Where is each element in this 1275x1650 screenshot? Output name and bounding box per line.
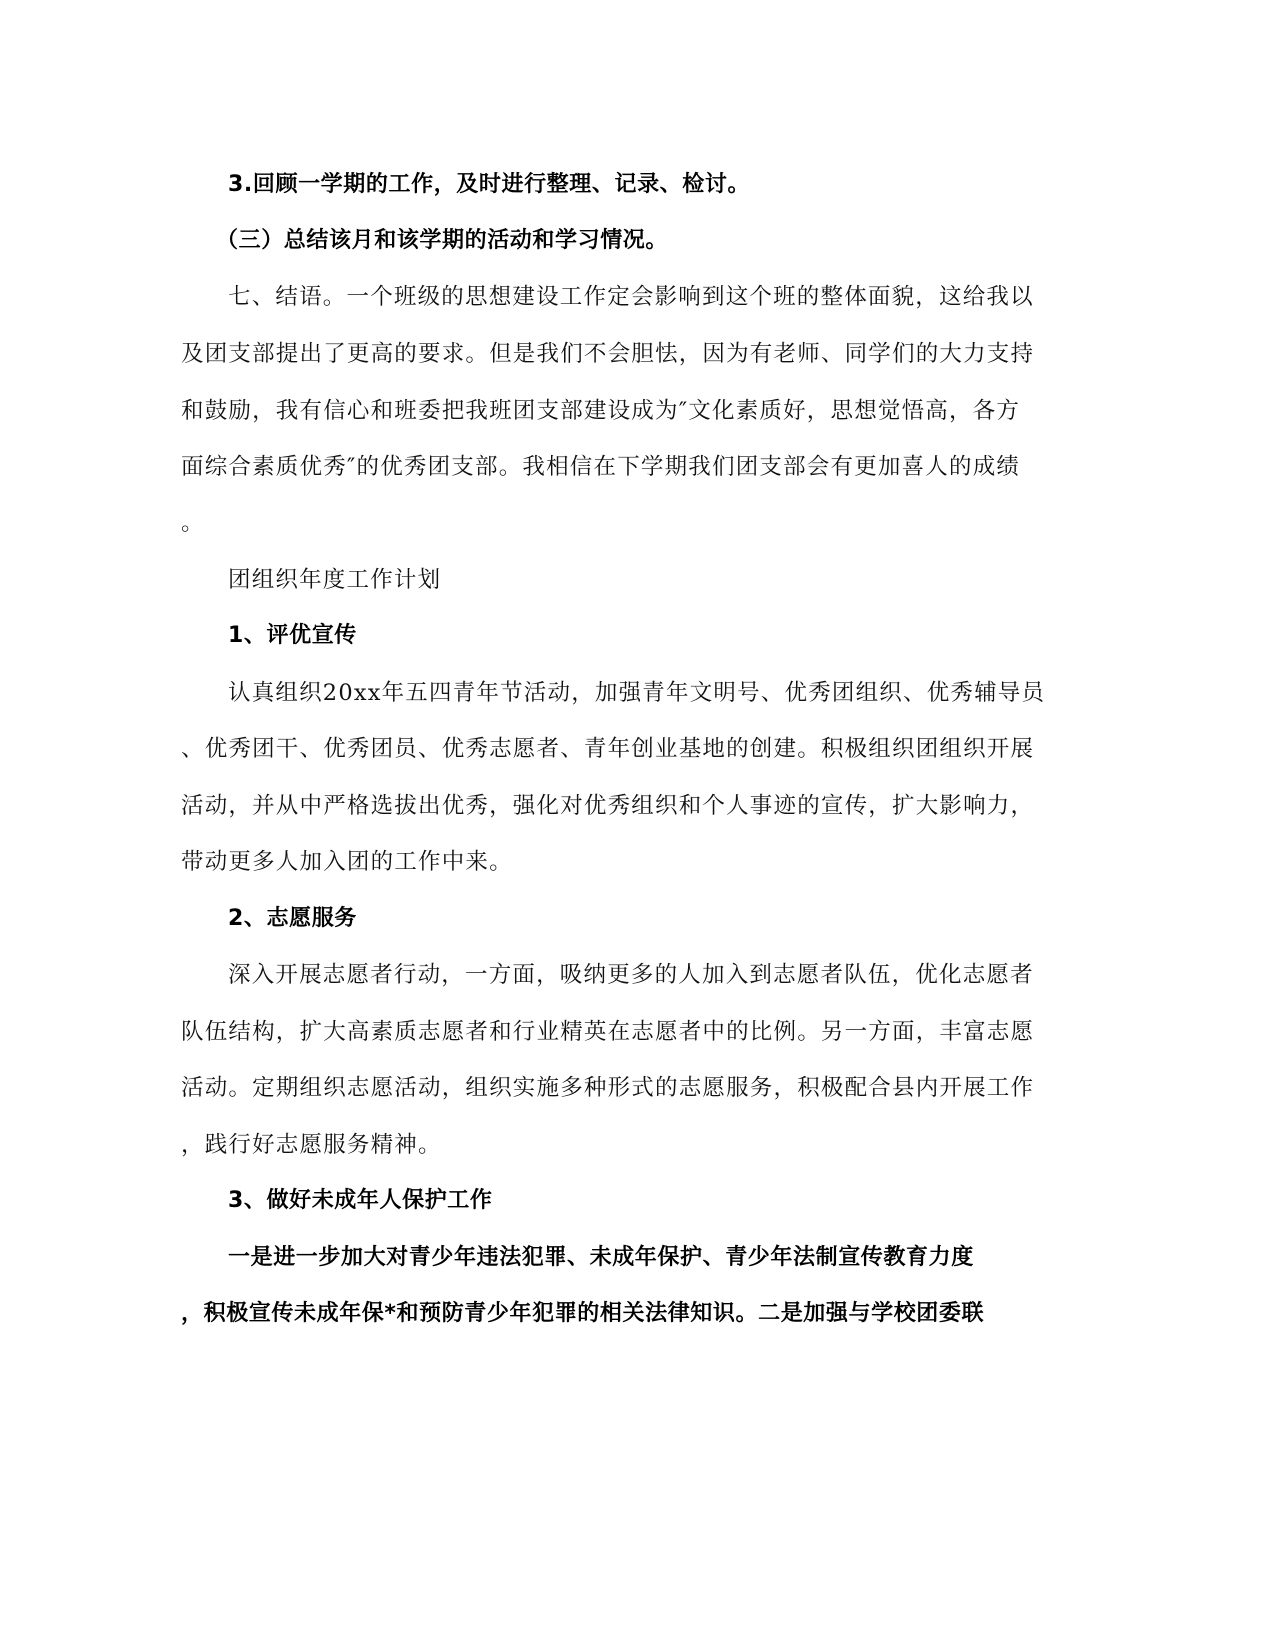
paragraph-minor-protection-line: ，积极宣传未成年保*和预防青少年犯罪的相关法律知识。二是加强与学校团委联 xyxy=(181,1299,984,1329)
paragraph-conclusion-line: 七、结语。一个班级的思想建设工作定会影响到这个班的整体面貌，这给我以 xyxy=(228,282,1034,312)
numbered-item-review-semester: 3.回顾一学期的工作，及时进行整理、记录、检讨。 xyxy=(228,170,750,200)
paragraph-volunteer-line: 活动。定期组织志愿活动，组织实施多种形式的志愿服务，积极配合县内开展工作 xyxy=(181,1073,1034,1103)
paragraph-conclusion-line: 。 xyxy=(181,508,205,538)
section-heading-volunteer: 2、志愿服务 xyxy=(228,904,357,934)
paragraph-volunteer-line: ，践行好志愿服务精神。 xyxy=(181,1130,442,1160)
paragraph-awards-line: 活动，并从中严格选拔出优秀，强化对优秀组织和个人事迹的宣传，扩大影响力， xyxy=(181,791,1034,821)
paragraph-conclusion-line: 及团支部提出了更高的要求。但是我们不会胆怯，因为有老师、同学们的大力支持 xyxy=(181,339,1034,369)
subsection-heading-summary: （三）总结该月和该学期的活动和学习情况。 xyxy=(216,226,668,256)
paragraph-volunteer-line: 队伍结构，扩大高素质志愿者和行业精英在志愿者中的比例。另一方面，丰富志愿 xyxy=(181,1017,1034,1047)
paragraph-conclusion-line: 和鼓励，我有信心和班委把我班团支部建设成为″文化素质好，思想觉悟高，各方 xyxy=(181,396,1020,426)
paragraph-volunteer-line: 深入开展志愿者行动，一方面，吸纳更多的人加入到志愿者队伍，优化志愿者 xyxy=(228,960,1034,990)
section-heading-minor-protection: 3、做好未成年人保护工作 xyxy=(228,1186,493,1216)
paragraph-conclusion-line: 面综合素质优秀″的优秀团支部。我相信在下学期我们团支部会有更加喜人的成绩 xyxy=(181,452,1020,482)
paragraph-minor-protection-line: 一是进一步加大对青少年违法犯罪、未成年保护、青少年法制宣传教育力度 xyxy=(228,1243,974,1273)
section-heading-awards: 1、评优宣传 xyxy=(228,621,357,651)
paragraph-awards-line: 带动更多人加入团的工作中来。 xyxy=(181,847,513,877)
document-page: 3.回顾一学期的工作，及时进行整理、记录、检讨。 （三）总结该月和该学期的活动和… xyxy=(0,0,1275,1650)
paragraph-awards-line: 、优秀团干、优秀团员、优秀志愿者、青年创业基地的创建。积极组织团组织开展 xyxy=(181,734,1034,764)
document-title: 团组织年度工作计划 xyxy=(228,565,441,595)
paragraph-awards-line: 认真组织20xx年五四青年节活动，加强青年文明号、优秀团组织、优秀辅导员 xyxy=(228,678,1045,708)
